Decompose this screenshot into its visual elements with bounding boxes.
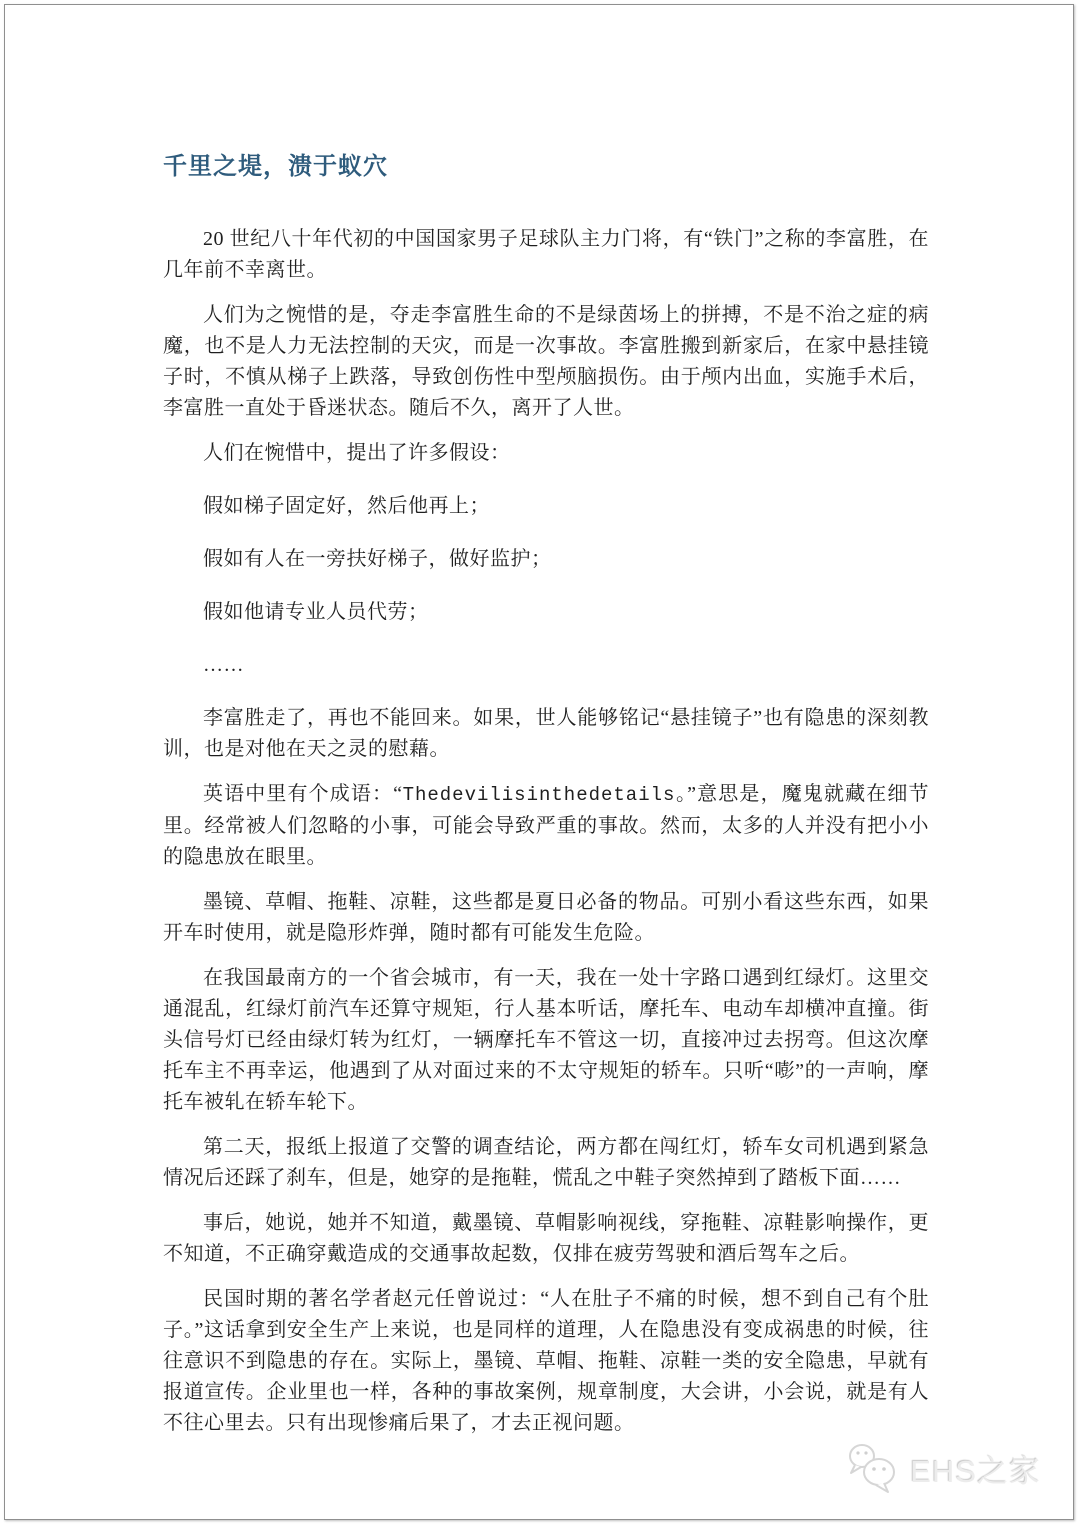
page-title: 千里之堤，溃于蚁穴: [163, 151, 929, 182]
document-content: 千里之堤，溃于蚁穴 20 世纪八十年代初的中国国家男子足球队主力门将，有“铁门”…: [163, 151, 929, 1453]
idiom-prefix: 英语中里有个成语：“: [203, 783, 403, 805]
paragraph-hypotheses-lead: 人们在惋惜中，提出了许多假设：: [163, 438, 929, 469]
paragraph-hypothesis-3: 假如他请专业人员代劳；: [163, 597, 929, 628]
paragraph-ellipsis: ……: [163, 650, 929, 681]
paragraph-summer-items: 墨镜、草帽、拖鞋、凉鞋，这些都是夏日必备的物品。可别小看这些东西，如果开车时使用…: [163, 887, 929, 949]
watermark-label: EHS之家: [910, 1446, 1041, 1491]
paragraph-hypothesis-1: 假如梯子固定好，然后他再上；: [163, 491, 929, 522]
paragraph-lesson: 李富胜走了，再也不能回来。如果，世人能够铭记“悬挂镜子”也有隐患的深刻教训，也是…: [163, 703, 929, 765]
paragraph-idiom: 英语中里有个成语：“Thedevilisinthedetails。”意思是，魔鬼…: [163, 779, 929, 873]
watermark: EHS之家: [846, 1441, 1041, 1495]
paragraph-hypothesis-2: 假如有人在一旁扶好梯子，做好监护；: [163, 544, 929, 575]
paragraph-intro: 20 世纪八十年代初的中国国家男子足球队主力门将，有“铁门”之称的李富胜，在几年…: [163, 224, 929, 286]
paragraph-conclusion: 民国时期的著名学者赵元任曾说过：“人在肚子不痛的时候，想不到自己有个肚子。”这话…: [163, 1284, 929, 1439]
wechat-icon: [846, 1441, 902, 1495]
idiom-english: Thedevilisinthedetails: [403, 784, 676, 806]
paragraph-driver-statement: 事后，她说，她并不知道，戴墨镜、草帽影响视线，穿拖鞋、凉鞋影响操作，更不知道，不…: [163, 1208, 929, 1270]
document-page: 千里之堤，溃于蚁穴 20 世纪八十年代初的中国国家男子足球队主力门将，有“铁门”…: [4, 4, 1074, 1520]
paragraph-police-report: 第二天，报纸上报道了交警的调查结论，两方都在闯红灯，轿车女司机遇到紧急情况后还踩…: [163, 1132, 929, 1194]
page-background: { "doc": { "title": "千里之堤，溃于蚁穴", "paragr…: [0, 0, 1080, 1527]
paragraph-accident: 人们为之惋惜的是，夺走李富胜生命的不是绿茵场上的拼搏，不是不治之症的病魔，也不是…: [163, 300, 929, 424]
paragraph-intersection: 在我国最南方的一个省会城市，有一天，我在一处十字路口遇到红绿灯。这里交通混乱，红…: [163, 963, 929, 1118]
